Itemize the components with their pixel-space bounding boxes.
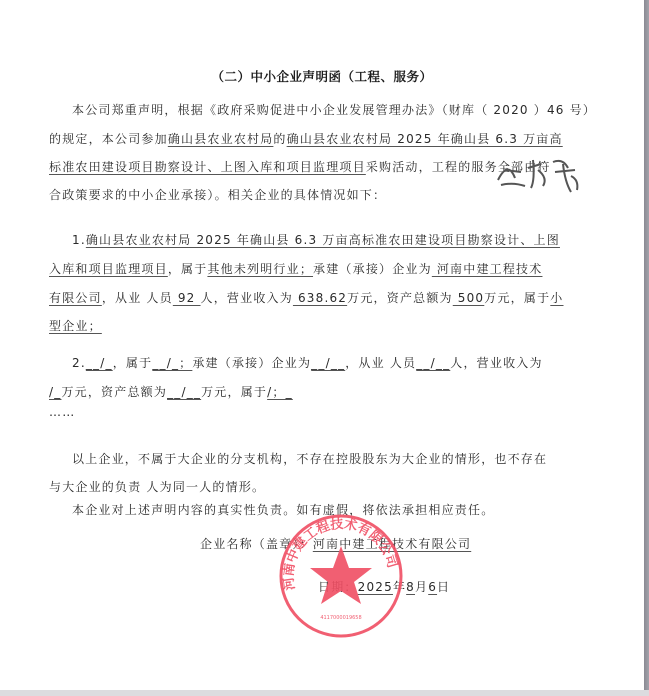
item1-line-2: 入库和项目监理项目，属于其他未列明行业；承建（承接）企业为 河南中建工程技术 — [49, 261, 589, 277]
svg-text:4117000019658: 4117000019658 — [320, 615, 361, 621]
viewer-background — [0, 690, 649, 696]
date-year: 2025 — [358, 580, 393, 594]
item1-line-4: 型企业； — [49, 318, 589, 334]
page-edge-shadow — [644, 0, 649, 690]
item1-revenue: 638.62 — [293, 291, 347, 305]
item1-line-1: 1.确山县农业农村局 2025 年确山县 6.3 万亩高标准农田建设项目勘察设计… — [72, 232, 612, 248]
ellipsis: …… — [49, 404, 589, 420]
company-seal-stamp: 河南中建工程技术有限公司 4117000019658 — [278, 513, 404, 639]
item1-assets: 500 — [453, 291, 485, 305]
item1-line-3: 有限公司，从业 人员 92 人，营业收入为 638.62万元，资产总额为 500… — [49, 290, 589, 306]
date-day: 6 — [428, 580, 437, 594]
item1-industry: 其他未列明行业； — [207, 262, 313, 276]
truthfulness-statement: 本企业对上述声明内容的真实性负责。如有虚假，将依法承担相应责任。 — [72, 502, 612, 518]
project-name: 确山县农业农村局 2025 年确山县 6.3 万亩高 — [287, 132, 563, 146]
intro-line-2: 的规定，本公司参加确山县农业农村局的确山县农业农村局 2025 年确山县 6.3… — [49, 131, 589, 147]
statement-line-1: 以上企业，不属于大企业的分支机构，不存在控股股东为大企业的情形，也不存在 — [72, 451, 612, 467]
intro-line-4: 合政策要求的中小企业承接）。相关企业的具体情况如下： — [49, 187, 589, 203]
date-month: 8 — [406, 580, 415, 594]
signing-company: 河南中建工程技术有限公司 — [313, 537, 471, 551]
purchaser-name: 确山县农业农村局 — [168, 132, 274, 146]
document-title: （二）中小企业声明函（工程、服务） — [0, 67, 644, 85]
item1-enterprise-type: 型企业； — [49, 319, 102, 333]
item2-line-2: /_万元，资产总额为__/__万元，属于/；_ — [49, 384, 589, 400]
statement-line-2: 与大企业的负责 人为同一人的情形。 — [49, 479, 589, 495]
intro-line-1: 本公司郑重声明，根据《政府采购促进中小企业发展管理办法》（财库（ 2020 ）4… — [72, 102, 612, 118]
date-line: 日期：2025年8月6日 — [318, 579, 649, 595]
company-signature-line: 企业名称（盖章）：河南中建工程技术有限公司 — [200, 536, 649, 552]
intro-line-3: 标准农田建设项目勘察设计、上图入库和项目监理项目采购活动，工程的服务全部由符 — [49, 159, 589, 175]
document-page: （二）中小企业声明函（工程、服务） 本公司郑重声明，根据《政府采购促进中小企业发… — [0, 0, 644, 690]
item1-contractor: 河南中建工程技术 — [432, 262, 543, 276]
item1-project: 确山县农业农村局 2025 年确山县 6.3 万亩高标准农田建设项目勘察设计、上… — [86, 233, 560, 247]
item2-line-1: 2.__/_，属于__/_；承建（承接）企业为__/__，从业 人员__/__人… — [72, 355, 612, 371]
item1-staff: 92 — [173, 291, 201, 305]
